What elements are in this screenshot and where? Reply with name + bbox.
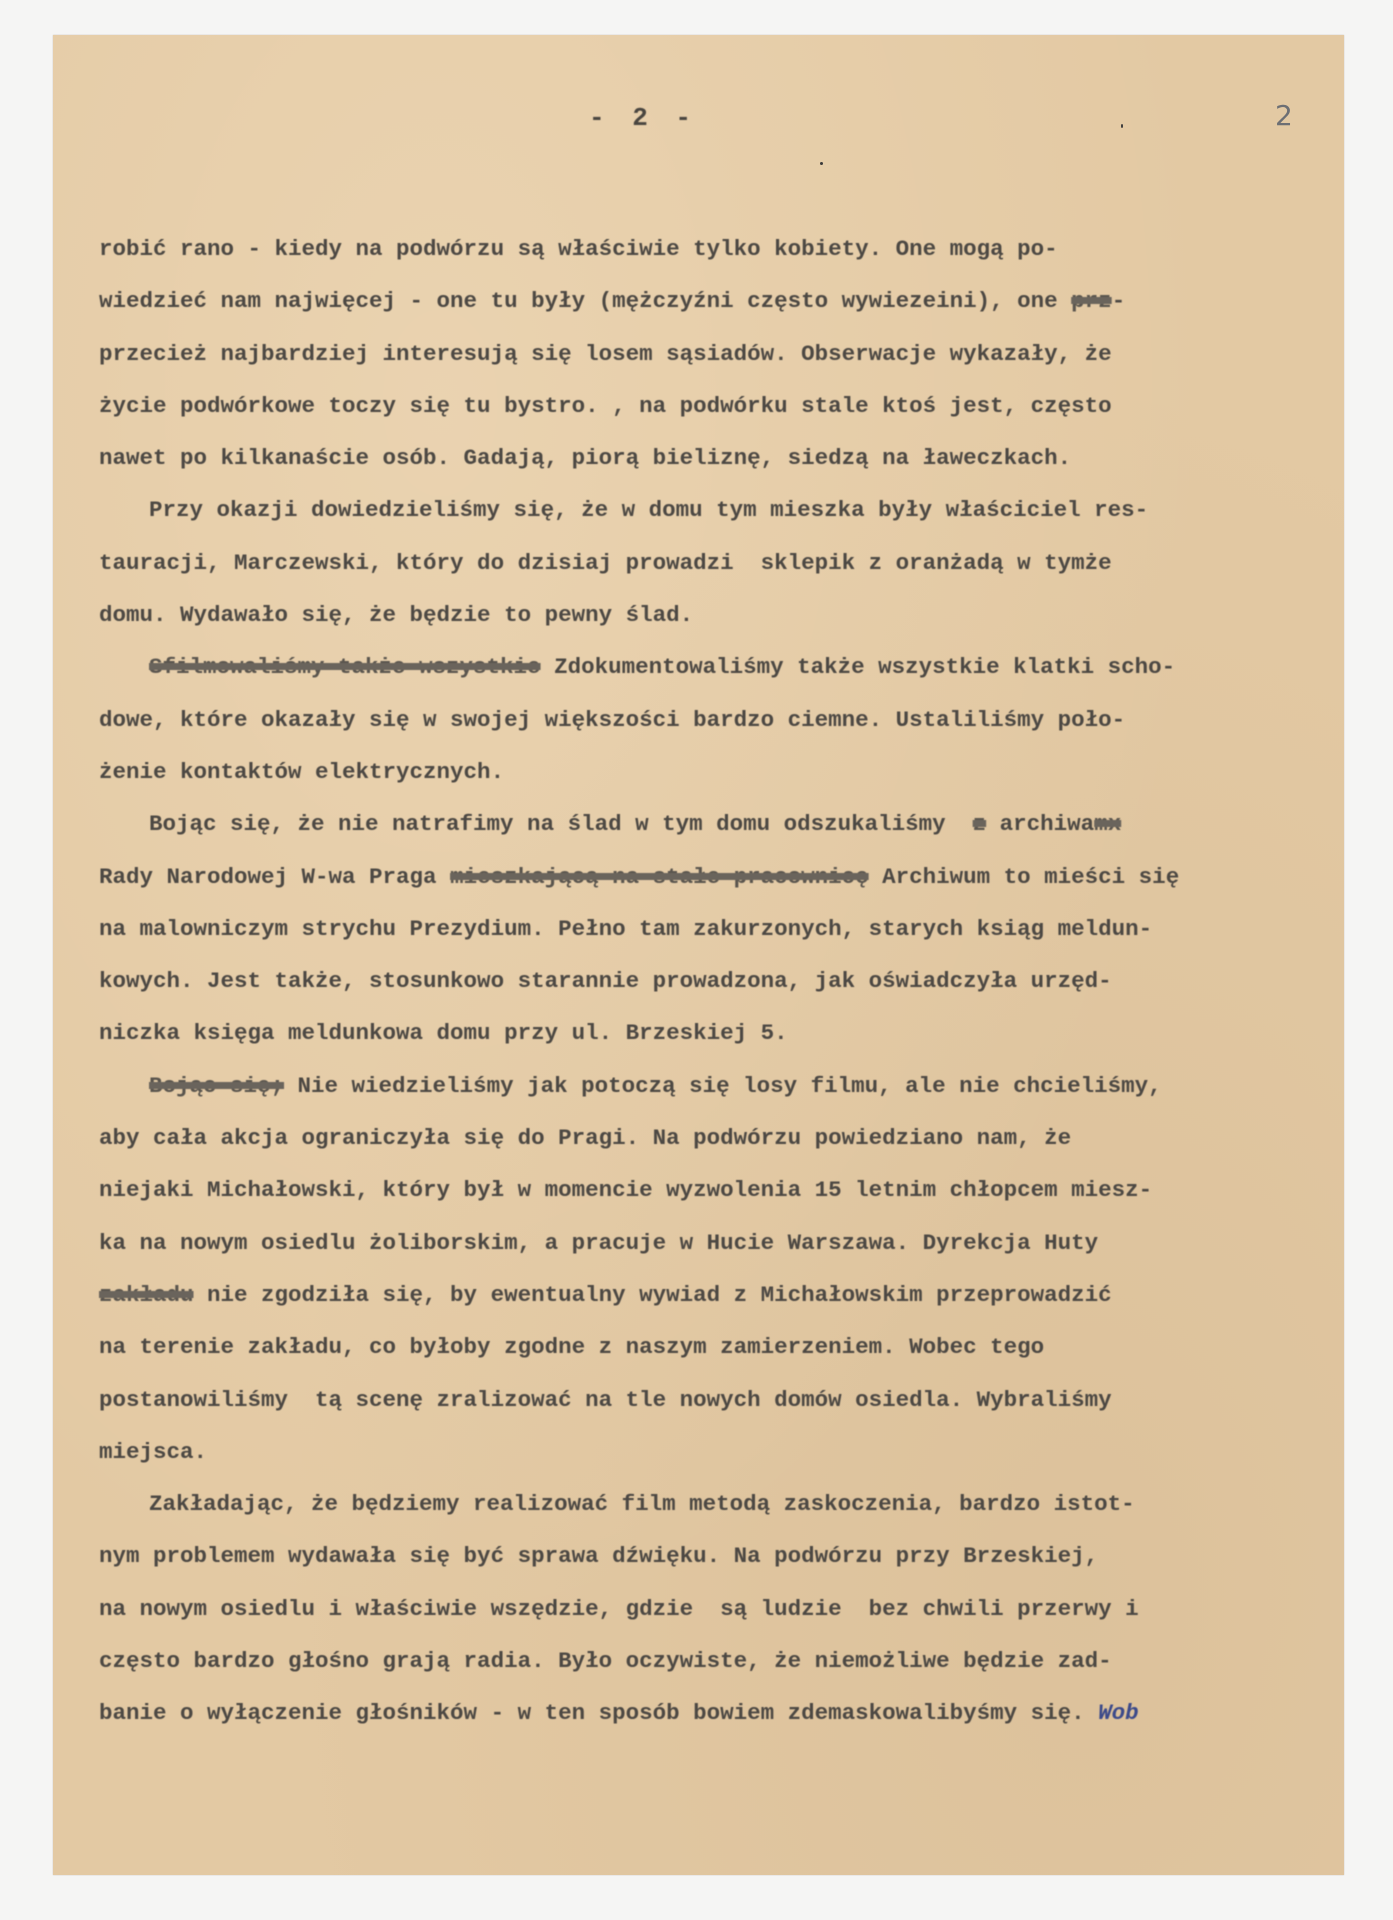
line-text: dowe, które okazały się w swojej większo… bbox=[99, 707, 1125, 733]
line-text: archiwa bbox=[986, 811, 1094, 837]
line-text: kowych. Jest także, stosunkowo starannie… bbox=[99, 968, 1112, 994]
struck-out-text: prz bbox=[1071, 288, 1112, 314]
pen-mark: Wob bbox=[1098, 1700, 1139, 1726]
text-line: banie o wyłączenie głośników - w ten spo… bbox=[99, 1687, 1339, 1739]
paragraph: Przy okazji dowiedzieliśmy się, że w dom… bbox=[99, 484, 1339, 641]
struck-out-text: zakładu bbox=[99, 1282, 194, 1308]
paragraph: Sfilmowaliśmy także wszystkie Zdokumento… bbox=[99, 641, 1339, 798]
line-text: Zdokumentowaliśmy także wszystkie klatki… bbox=[541, 654, 1176, 680]
text-line: miejsca. bbox=[99, 1426, 1339, 1478]
text-line: Bojąc się, że nie natrafimy na ślad w ty… bbox=[99, 798, 1339, 850]
line-text: wiedzieć nam najwięcej - one tu były (mę… bbox=[99, 288, 1071, 314]
line-text: Przy okazji dowiedzieliśmy się, że w dom… bbox=[149, 497, 1148, 523]
line-text: niejaki Michałowski, który był w momenci… bbox=[99, 1177, 1152, 1203]
text-line: Przy okazji dowiedzieliśmy się, że w dom… bbox=[99, 484, 1339, 536]
line-text: na terenie zakładu, co byłoby zgodne z n… bbox=[99, 1334, 1044, 1360]
line-text: Zakładając, że będziemy realizować film … bbox=[149, 1491, 1135, 1517]
text-line: często bardzo głośno grają radia. Było o… bbox=[99, 1635, 1339, 1687]
paragraph: robić rano - kiedy na podwórzu są właści… bbox=[99, 223, 1339, 484]
line-text: aby cała akcja ograniczyła się do Pragi.… bbox=[99, 1125, 1071, 1151]
text-line: zakładu nie zgodziła się, by ewentualny … bbox=[99, 1269, 1339, 1321]
text-line: przecież najbardziej interesują się lose… bbox=[99, 328, 1339, 380]
line-text: nie zgodziła się, by ewentualny wywiad z… bbox=[194, 1282, 1112, 1308]
struck-out-text: mx bbox=[1094, 811, 1121, 837]
typed-body-text: robić rano - kiedy na podwórzu są właści… bbox=[99, 223, 1339, 1740]
line-text: banie o wyłączenie głośników - w ten spo… bbox=[99, 1700, 1098, 1726]
paper-sheet: - 2 - 2 robić rano - kiedy na podwórzu s… bbox=[53, 35, 1344, 1875]
ink-speck bbox=[1121, 124, 1123, 128]
line-text: nym problemem wydawała się być sprawa dź… bbox=[99, 1543, 1098, 1569]
text-line: robić rano - kiedy na podwórzu są właści… bbox=[99, 223, 1339, 275]
text-line: Sfilmowaliśmy także wszystkie Zdokumento… bbox=[99, 641, 1339, 693]
struck-out-text: mieszkającą na stałe pracownicę bbox=[450, 864, 869, 890]
line-text: robić rano - kiedy na podwórzu są właści… bbox=[99, 236, 1058, 262]
line-text: tauracji, Marczewski, który do dzisiaj p… bbox=[99, 550, 1112, 576]
paragraph: Bojąc się, że nie natrafimy na ślad w ty… bbox=[99, 798, 1339, 1059]
line-text: ka na nowym osiedlu żoliborskim, a pracu… bbox=[99, 1230, 1098, 1256]
line-text: Archiwum to mieści się bbox=[869, 864, 1180, 890]
text-line: wiedzieć nam najwięcej - one tu były (mę… bbox=[99, 275, 1339, 327]
line-text: postanowiliśmy tą scenę zralizować na tl… bbox=[99, 1387, 1112, 1413]
paragraph: Zakładając, że będziemy realizować film … bbox=[99, 1478, 1339, 1739]
scanned-page: - 2 - 2 robić rano - kiedy na podwórzu s… bbox=[0, 0, 1393, 1920]
text-line: życie podwórkowe toczy się tu bystro. , … bbox=[99, 380, 1339, 432]
struck-out-text: z bbox=[973, 811, 987, 837]
text-line: nym problemem wydawała się być sprawa dź… bbox=[99, 1530, 1339, 1582]
struck-out-text: Sfilmowaliśmy także wszystkie bbox=[149, 654, 541, 680]
line-text: na malowniczym strychu Prezydium. Pełno … bbox=[99, 916, 1152, 942]
line-text: na nowym osiedlu i właściwie wszędzie, g… bbox=[99, 1596, 1139, 1622]
line-text: przecież najbardziej interesują się lose… bbox=[99, 341, 1112, 367]
text-line: tauracji, Marczewski, który do dzisiaj p… bbox=[99, 537, 1339, 589]
text-line: ka na nowym osiedlu żoliborskim, a pracu… bbox=[99, 1217, 1339, 1269]
text-line: na terenie zakładu, co byłoby zgodne z n… bbox=[99, 1321, 1339, 1373]
text-line: kowych. Jest także, stosunkowo starannie… bbox=[99, 955, 1339, 1007]
text-line: na malowniczym strychu Prezydium. Pełno … bbox=[99, 903, 1339, 955]
text-line: niejaki Michałowski, który był w momenci… bbox=[99, 1164, 1339, 1216]
text-line: dowe, które okazały się w swojej większo… bbox=[99, 694, 1339, 746]
ink-speck bbox=[820, 162, 823, 165]
line-text: żenie kontaktów elektrycznych. bbox=[99, 759, 504, 785]
line-text: niczka księga meldunkowa domu przy ul. B… bbox=[99, 1020, 788, 1046]
line-text: często bardzo głośno grają radia. Było o… bbox=[99, 1648, 1112, 1674]
line-text: Rady Narodowej W-wa Praga bbox=[99, 864, 450, 890]
text-line: nawet po kilkanaście osób. Gadają, piorą… bbox=[99, 432, 1339, 484]
text-line: domu. Wydawało się, że będzie to pewny ś… bbox=[99, 589, 1339, 641]
line-text: życie podwórkowe toczy się tu bystro. , … bbox=[99, 393, 1112, 419]
typed-page-number: - 2 - bbox=[589, 103, 697, 133]
line-text: - bbox=[1112, 288, 1126, 314]
line-text: domu. Wydawało się, że będzie to pewny ś… bbox=[99, 602, 693, 628]
paragraph: Bojąc się; Nie wiedzieliśmy jak potoczą … bbox=[99, 1060, 1339, 1478]
line-text: miejsca. bbox=[99, 1439, 207, 1465]
text-line: Rady Narodowej W-wa Praga mieszkającą na… bbox=[99, 851, 1339, 903]
handwritten-page-number: 2 bbox=[1275, 99, 1293, 132]
text-line: aby cała akcja ograniczyła się do Pragi.… bbox=[99, 1112, 1339, 1164]
text-line: Bojąc się; Nie wiedzieliśmy jak potoczą … bbox=[99, 1060, 1339, 1112]
text-line: żenie kontaktów elektrycznych. bbox=[99, 746, 1339, 798]
line-text: Bojąc się, że nie natrafimy na ślad w ty… bbox=[149, 811, 973, 837]
text-line: postanowiliśmy tą scenę zralizować na tl… bbox=[99, 1374, 1339, 1426]
text-line: Zakładając, że będziemy realizować film … bbox=[99, 1478, 1339, 1530]
text-line: na nowym osiedlu i właściwie wszędzie, g… bbox=[99, 1583, 1339, 1635]
text-line: niczka księga meldunkowa domu przy ul. B… bbox=[99, 1007, 1339, 1059]
line-text: nawet po kilkanaście osób. Gadają, piorą… bbox=[99, 445, 1071, 471]
line-text: Nie wiedzieliśmy jak potoczą się losy fi… bbox=[284, 1073, 1162, 1099]
struck-out-text: Bojąc się; bbox=[149, 1073, 284, 1099]
